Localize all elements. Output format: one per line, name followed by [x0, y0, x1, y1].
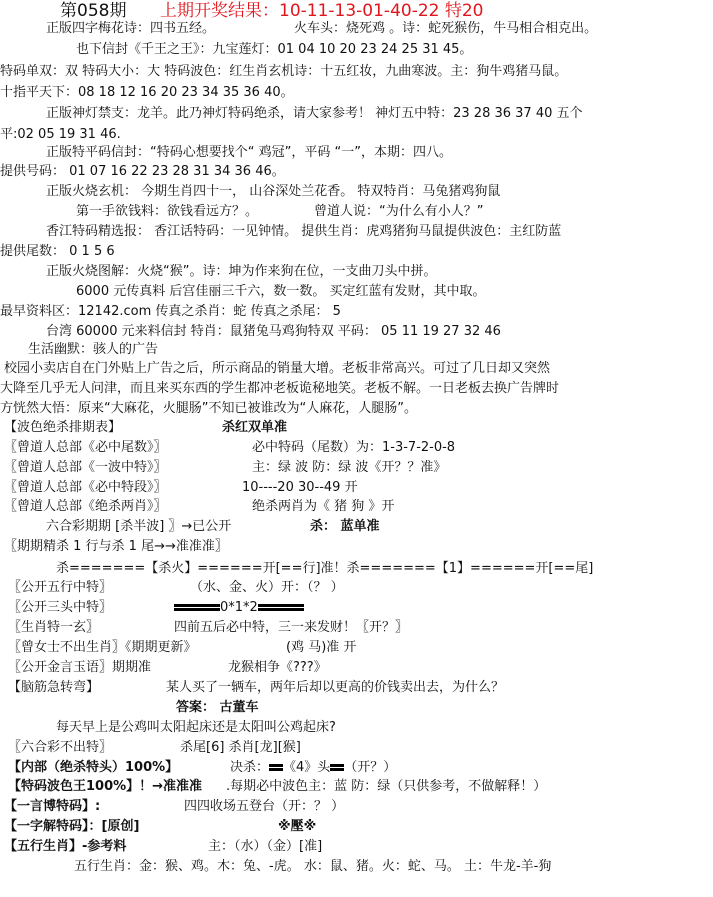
one-wave-label: 〖曾道人总部《一波中特》〗 — [4, 460, 167, 476]
five-elements-value: （水、金、火）开：（？ ） — [190, 580, 344, 596]
fire-diagram: 正版火烧图解：火烧“猴”。诗：坤为作来狗在位，一支曲刀头中拼。 — [46, 264, 436, 280]
wave-king-value: .每期必中波色主：蓝 防：绿（只供参考，不做解释！） — [226, 779, 546, 795]
fire-mystery: 正版火烧玄机： 今期生肖四十一， 山谷深处兰花香。 特双特肖：马兔猪鸡狗鼠 — [46, 184, 500, 200]
wave-kill-table-value: 杀红双单准 — [222, 420, 287, 436]
three-heads-label: 〖公开三头中特〗 — [8, 600, 112, 616]
humor-text-3: 方恍然大悟：原来“大麻花，火腿肠”不知已被谁改为“人麻花，人腿肠”。 — [0, 401, 417, 417]
bar-symbol-icon — [330, 763, 344, 772]
train-head: 火车头：烧死鸡 。诗：蛇死猴伤，牛马相合相克出。 — [294, 21, 597, 37]
bar-symbol-icon — [269, 763, 283, 772]
one-char-value: ※壓※ — [278, 819, 316, 835]
five-zodiac-label: 【五行生肖】-参考料 — [4, 839, 126, 855]
kill-element-row: 杀=======【杀火】======开[==行]准！杀=======【1】===… — [56, 561, 593, 577]
golden-words-label: 〖公开金言玉语〗期期准 — [8, 660, 151, 676]
wave-king-label: 【特码波色王100%】！→准准准 — [8, 779, 202, 795]
last-result: 上期开奖结果：10-11-13-01-40-22 特20 — [160, 1, 484, 21]
hongkong-report: 香江特码精选报： 香江话特码：一见钟情。 提供生肖：虎鸡猪狗马鼠提供波色：主红防… — [46, 224, 561, 240]
fax-6000: 6000 元传真料 后宫佳丽三千六，数一数。 买定红蓝有发财，其中取。 — [76, 284, 485, 300]
must-segment-value: 10----20 30--49 开 — [242, 480, 358, 496]
humor-text-1: 校园小卖店自在门外贴上广告之后，所示商品的销量大增。老板非常高兴。可过了几日却又… — [4, 361, 550, 377]
special-code-attrs: 特码单双：双 特码大小：大 特码波色：红生肖玄机诗：十五红妆，九曲寒波。主：狗牛… — [0, 64, 567, 80]
humor-title: 生活幽默：骇人的广告 — [28, 342, 158, 358]
ten-fingers: 十指平天下：08 18 12 16 20 23 34 35 36 40。 — [0, 85, 294, 101]
zeng-says: 曾道人说：“为什么有小人？” — [314, 204, 483, 220]
must-segment-label: 〖曾道人总部《必中特段》〗 — [4, 480, 167, 496]
ms-zeng-label: 〖曾女士不出生肖〗《期期更新》 — [8, 640, 197, 656]
first-hand: 第一手欲钱料：欲钱看远方？。 — [76, 204, 258, 220]
humor-text-2: 大降至几乎无人问津，而且来买东西的学生都冲老板诡秘地笑。老板不解。一日老板去换广… — [0, 381, 559, 397]
earliest-area: 最早资料区：12142.com 传真之杀肖：蛇 传真之杀尾： 5 — [0, 304, 341, 320]
last-result-label: 上期开奖结果： — [160, 1, 279, 21]
zodiac-mystery-label: 〖生肖特一玄〗 — [8, 620, 99, 636]
plum-poem: 正版四字梅花诗：四书五经。 — [46, 21, 215, 37]
flat-codes: 平:02 05 19 31 46. — [0, 127, 121, 143]
no-special-value: 杀尾[6] 杀肖[龙][猴] — [180, 740, 301, 756]
golden-words-value: 龙猴相争《???》 — [228, 660, 327, 676]
five-zodiac-list: 五行生肖：金：猴、鸡。木：兔、-虎。 水：鼠、猪。火：蛇、马。 土：牛龙-羊-狗 — [74, 859, 551, 875]
zodiac-mystery-value: 四前五后必中特，三一来发财！〖开？〗 — [174, 620, 408, 636]
ms-zeng-value: (鸡 马)准 开 — [286, 640, 356, 656]
wave-kill-table-label: 【波色绝杀排期表】 — [4, 420, 121, 436]
three-heads-value: 0*1*2 — [174, 600, 304, 616]
internal-kill-value: 决杀：《4》头（开？） — [230, 760, 396, 776]
half-wave-label: 六合彩期期 [杀半波] 〗→已公开 — [46, 519, 231, 535]
nine-lotus: 也下信封《千王之王》：九宝莲灯：01 04 10 20 23 24 25 31 … — [76, 42, 472, 58]
issue-number: 第058期 — [60, 1, 126, 21]
one-word-bet-value: 四四收场五登台（开：？ ） — [184, 799, 344, 815]
kill-element-title: 〖期期精杀 1 行与杀 1 尾→→准准准〗 — [4, 539, 228, 555]
provided-numbers: 提供号码： 01 07 16 22 23 28 31 34 36 46。 — [0, 164, 285, 180]
one-char-label: 【一字解特码】：[原创] — [4, 819, 139, 835]
internal-kill-label: 【内部（绝杀特头）100%】 — [8, 760, 178, 776]
three-heads-text: 0*1*2 — [220, 600, 258, 615]
brain-teaser-answer: 答案： 古董车 — [176, 700, 259, 716]
brain-teaser-question: 某人买了一辆车，两年后却以更高的价钱卖出去，为什么？ — [166, 680, 504, 696]
one-wave-value: 主：绿 波 防：绿 波《开？？准》 — [252, 460, 446, 476]
rooster-question: 每天早上是公鸡叫太阳起床还是太阳叫公鸡起床? — [56, 720, 336, 736]
half-wave-value: 杀： 蓝单准 — [310, 519, 380, 535]
one-word-bet-label: 【一言博特码】: — [4, 799, 100, 815]
bar-symbol-icon — [174, 603, 220, 612]
must-tail-label: 〖曾道人总部《必中尾数》〗 — [4, 440, 167, 456]
kill-prefix: 决杀： — [230, 760, 269, 775]
must-tail-value: 必中特码（尾数）为：1-3-7-2-0-8 — [252, 440, 455, 456]
five-elements-label: 〖公开五行中特〗 — [8, 580, 112, 596]
kill-two-label: 〖曾道人总部《绝杀两肖》〗 — [4, 499, 167, 515]
lamp-ban: 正版神灯禁支：龙羊。此乃神灯特码绝杀，请大家参考！ 神灯五中特：23 28 36… — [46, 106, 583, 122]
kill-head: 《4》头 — [283, 760, 330, 775]
provided-tails: 提供尾数： 0 1 5 6 — [0, 244, 115, 260]
five-zodiac-value: 主：（水）（金）[准] — [208, 839, 322, 855]
no-special-label: 〖六合彩不出特〗 — [8, 740, 112, 756]
brain-teaser-label: 【脑筋急转弯】 — [8, 680, 99, 696]
bar-symbol-icon — [258, 603, 304, 612]
kill-two-value: 绝杀两肖为《 猪 狗 》开 — [252, 499, 394, 515]
flat-envelope: 正版特平码信封：“特码心想要找个“ 鸡冠”，平码 “一”，本期：四八。 — [46, 145, 452, 161]
kill-open: （开？） — [344, 760, 396, 775]
last-result-value: 10-11-13-01-40-22 特20 — [279, 1, 484, 21]
taiwan-envelope: 台湾 60000 元来料信封 特肖：鼠猪兔马鸡狗特双 平码： 05 11 19 … — [46, 324, 501, 340]
